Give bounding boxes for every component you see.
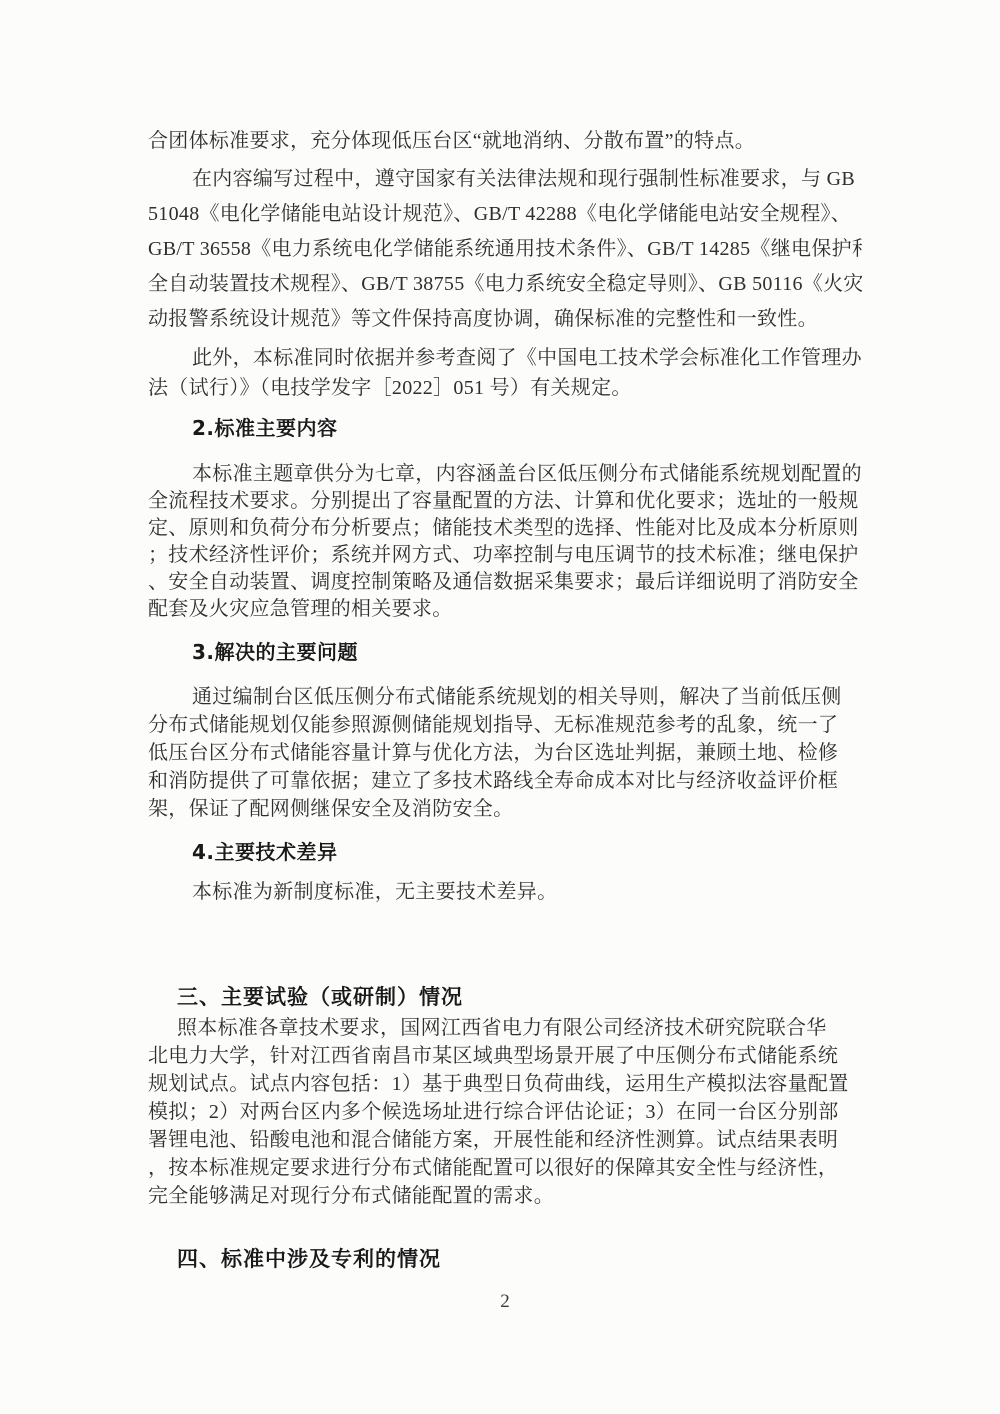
text-line: GB/T 36558《电力系统电化学储能系统通用技术条件》、GB/T 14285… <box>148 232 862 267</box>
text-line: ；技术经济性评价；系统并网方式、功率控制与电压调节的技术标准；继电保护 <box>148 542 862 569</box>
text-line: 、安全自动装置、调度控制策略及通信数据采集要求；最后详细说明了消防安全 <box>148 569 862 596</box>
heading-text: 3.解决的主要问题 <box>148 635 862 669</box>
text-line: ，按本标准规定要求进行分布式储能配置可以很好的保障其安全性与经济性， <box>148 1154 862 1182</box>
heading-text: 2.标准主要内容 <box>148 411 862 445</box>
text-line: 动报警系统设计规范》等文件保持高度协调，确保标准的完整性和一致性。 <box>148 302 862 337</box>
document-page: 合团体标准要求，充分体现低压台区“就地消纳、分散布置”的特点。在内容编写过程中，… <box>0 0 1000 1414</box>
text-line: 配套及火灾应急管理的相关要求。 <box>148 596 862 623</box>
text-line: 署锂电池、铅酸电池和混合储能方案，开展性能和经济性测算。试点结果表明 <box>148 1126 862 1154</box>
heading-section4-patents: 四、标准中涉及专利的情况 <box>148 1242 862 1276</box>
text-line: 完全能够满足对现行分布式储能配置的需求。 <box>148 1182 862 1210</box>
text-line: 在内容编写过程中，遵守国家有关法律法规和现行强制性标准要求，与 GB <box>148 162 862 197</box>
para-trial-situation: 照本标准各章技术要求，国网江西省电力有限公司经济技术研究院联合华北电力大学，针对… <box>148 1014 862 1210</box>
text-line: 定、原则和负荷分布分析要点；储能技术类型的选择、性能对比及成本分析原则 <box>148 515 862 542</box>
text-line: 北电力大学，针对江西省南昌市某区域典型场景开展了中压侧分布式储能系统 <box>148 1042 862 1070</box>
document-body: 合团体标准要求，充分体现低压台区“就地消纳、分散布置”的特点。在内容编写过程中，… <box>148 123 862 1276</box>
text-line: 照本标准各章技术要求，国网江西省电力有限公司经济技术研究院联合华 <box>148 1014 862 1042</box>
text-line: 全流程技术要求。分别提出了容量配置的方法、计算和优化要求；选址的一般规 <box>148 488 862 515</box>
text-line: 合团体标准要求，充分体现低压台区“就地消纳、分散布置”的特点。 <box>148 123 862 160</box>
heading-text: 三、主要试验（或研制）情况 <box>148 980 862 1014</box>
text-line: 法（试行）》（电技学发字［2022］051 号）有关规定。 <box>148 373 862 403</box>
text-line: 低压台区分布式储能容量计算与优化方法，为台区选址判据，兼顾土地、检修 <box>148 739 862 767</box>
text-line: 通过编制台区低压侧分布式储能系统规划的相关导则，解决了当前低压侧 <box>148 683 862 711</box>
text-line: 架，保证了配网侧继保安全及消防安全。 <box>148 795 862 823</box>
text-line: 此外，本标准同时依据并参考查阅了《中国电工技术学会标准化工作管理办 <box>148 343 862 373</box>
para-reference-standards: 在内容编写过程中，遵守国家有关法律法规和现行强制性标准要求，与 GB51048《… <box>148 162 862 337</box>
heading-text: 4.主要技术差异 <box>148 835 862 869</box>
heading-2-main-content: 2.标准主要内容 <box>148 411 862 445</box>
para-main-content: 本标准主题章供分为七章，内容涵盖台区低压侧分布式储能系统规划配置的全流程技术要求… <box>148 461 862 623</box>
para-technical-differences: 本标准为新制度标准，无主要技术差异。 <box>148 877 862 907</box>
heading-4-technical-differences: 4.主要技术差异 <box>148 835 862 869</box>
para-management-measures: 此外，本标准同时依据并参考查阅了《中国电工技术学会标准化工作管理办法（试行）》（… <box>148 343 862 403</box>
heading-text: 四、标准中涉及专利的情况 <box>148 1242 862 1276</box>
page-number: 2 <box>148 1288 862 1316</box>
text-line: 分布式储能规划仅能参照源侧储能规划指导、无标准规范参考的乱象，统一了 <box>148 711 862 739</box>
para-team-standard-continuation: 合团体标准要求，充分体现低压台区“就地消纳、分散布置”的特点。 <box>148 123 862 160</box>
text-line: 和消防提供了可靠依据；建立了多技术路线全寿命成本对比与经济收益评价框 <box>148 767 862 795</box>
text-line: 规划试点。试点内容包括：1）基于典型日负荷曲线，运用生产模拟法容量配置 <box>148 1070 862 1098</box>
text-line: 51048《电化学储能电站设计规范》、GB/T 42288《电化学储能电站安全规… <box>148 197 862 232</box>
text-line: 本标准为新制度标准，无主要技术差异。 <box>148 877 862 907</box>
para-problems-solved: 通过编制台区低压侧分布式储能系统规划的相关导则，解决了当前低压侧分布式储能规划仅… <box>148 683 862 823</box>
text-line: 全自动装置技术规程》、GB/T 38755《电力系统安全稳定导则》、GB 501… <box>148 267 862 302</box>
heading-section3-trial-situation: 三、主要试验（或研制）情况 <box>148 980 862 1014</box>
text-line: 本标准主题章供分为七章，内容涵盖台区低压侧分布式储能系统规划配置的 <box>148 461 862 488</box>
text-line: 模拟；2）对两台区内多个候选场址进行综合评估论证；3）在同一台区分别部 <box>148 1098 862 1126</box>
heading-3-problems-solved: 3.解决的主要问题 <box>148 635 862 669</box>
